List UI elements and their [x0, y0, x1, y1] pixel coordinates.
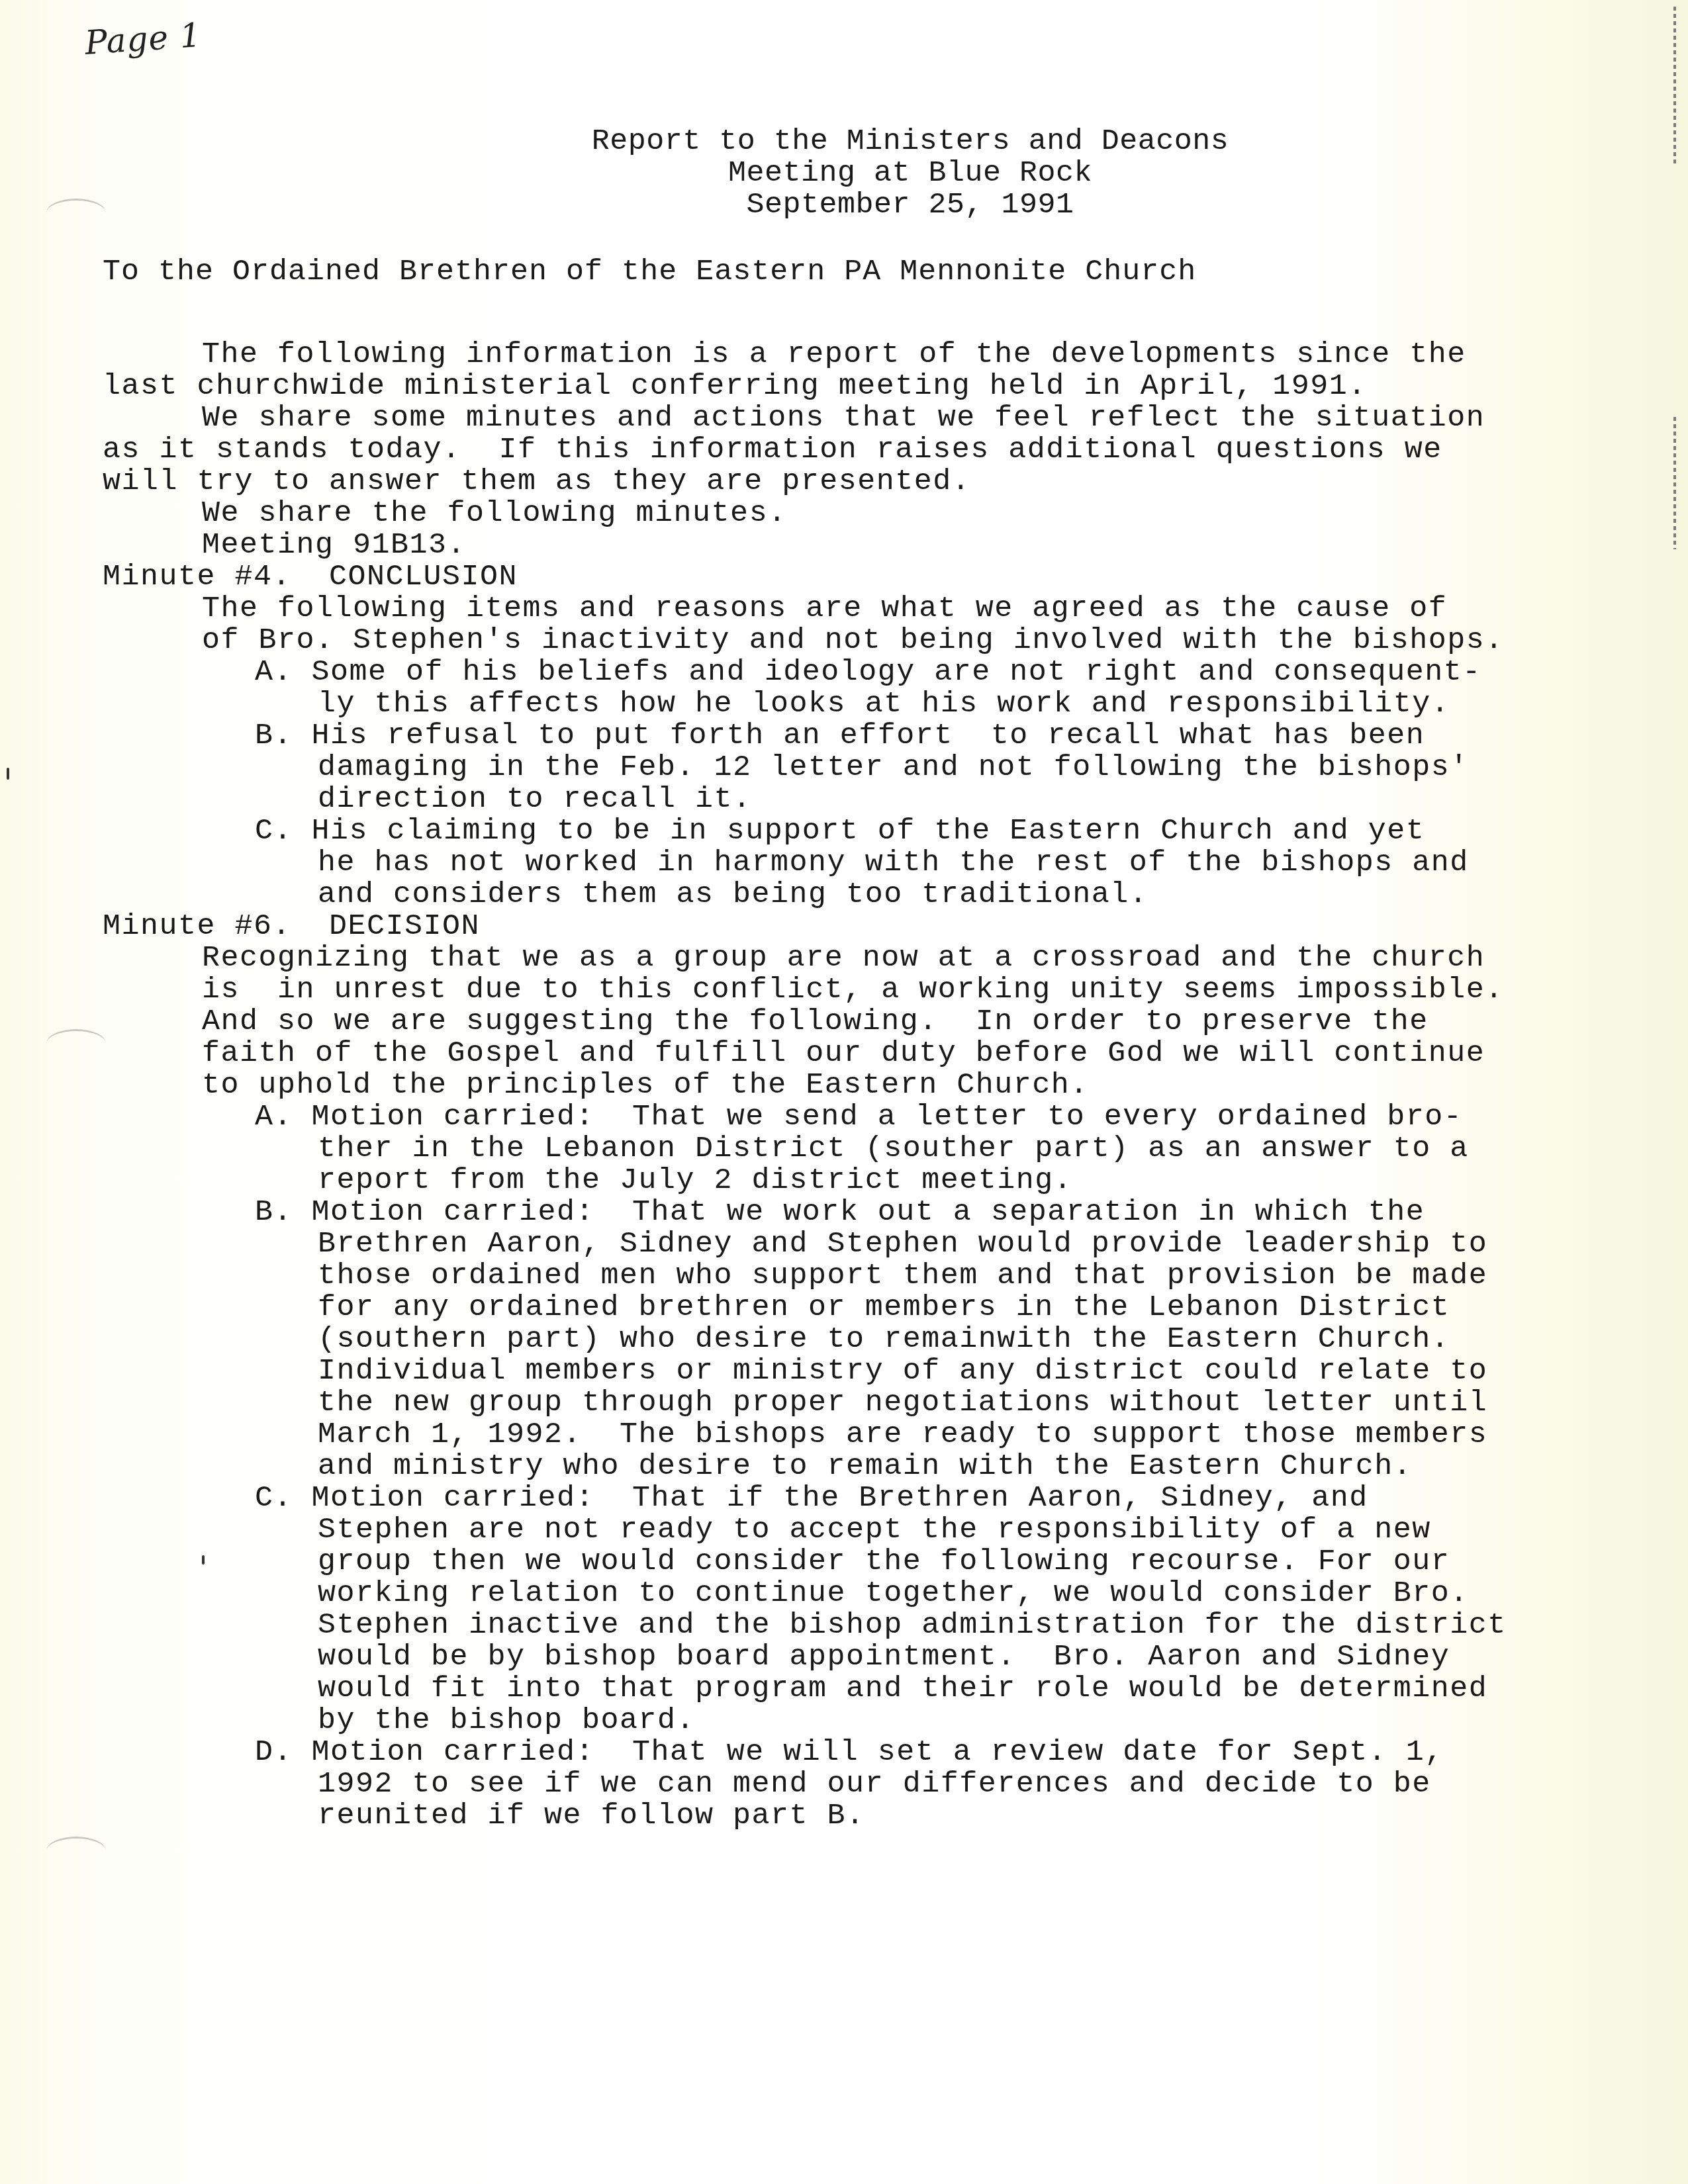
minute-6-intro: Recognizing that we as a group are now a…	[103, 942, 1599, 1101]
punch-hole-mark	[46, 1837, 106, 1865]
scan-edge-mark	[1673, 417, 1676, 549]
minute-6-motion-c: C. Motion carried: That if the Brethren …	[103, 1482, 1599, 1737]
punch-hole-mark	[46, 1029, 106, 1058]
intro-paragraph-1: The following information is a report of…	[103, 339, 1599, 402]
minute-4-intro: The following items and reasons are what…	[103, 593, 1599, 657]
minute-6-motion-a: A. Motion carried: That we send a letter…	[103, 1101, 1599, 1197]
handwritten-page-number: Page 1	[83, 16, 203, 62]
report-header: Report to the Ministers and Deacons Meet…	[0, 126, 1688, 221]
minute-6-motion-d: D. Motion carried: That we will set a re…	[103, 1737, 1599, 1832]
report-body: The following information is a report of…	[103, 339, 1599, 1832]
minute-4-item-b: B. His refusal to put forth an effort to…	[103, 720, 1599, 815]
report-date: September 25, 1991	[0, 189, 1688, 221]
intro-paragraph-3: We share the following minutes.	[103, 498, 1599, 529]
stray-mark	[7, 768, 9, 780]
minute-6-heading: Minute #6. DECISION	[103, 911, 1599, 942]
intro-paragraph-2: We share some minutes and actions that w…	[103, 402, 1599, 498]
salutation: To the Ordained Brethren of the Eastern …	[103, 255, 1196, 289]
minute-4-item-c: C. His claiming to be in support of the …	[103, 815, 1599, 911]
meeting-reference: Meeting 91B13.	[103, 529, 1599, 561]
minute-4-item-a: A. Some of his beliefs and ideology are …	[103, 657, 1599, 720]
report-subtitle: Meeting at Blue Rock	[0, 158, 1688, 189]
document-page: Page 1 Report to the Ministers and Deaco…	[0, 0, 1688, 2184]
minute-6-motion-b: B. Motion carried: That we work out a se…	[103, 1197, 1599, 1482]
report-title: Report to the Ministers and Deacons	[0, 126, 1688, 158]
minute-4-heading: Minute #4. CONCLUSION	[103, 561, 1599, 593]
